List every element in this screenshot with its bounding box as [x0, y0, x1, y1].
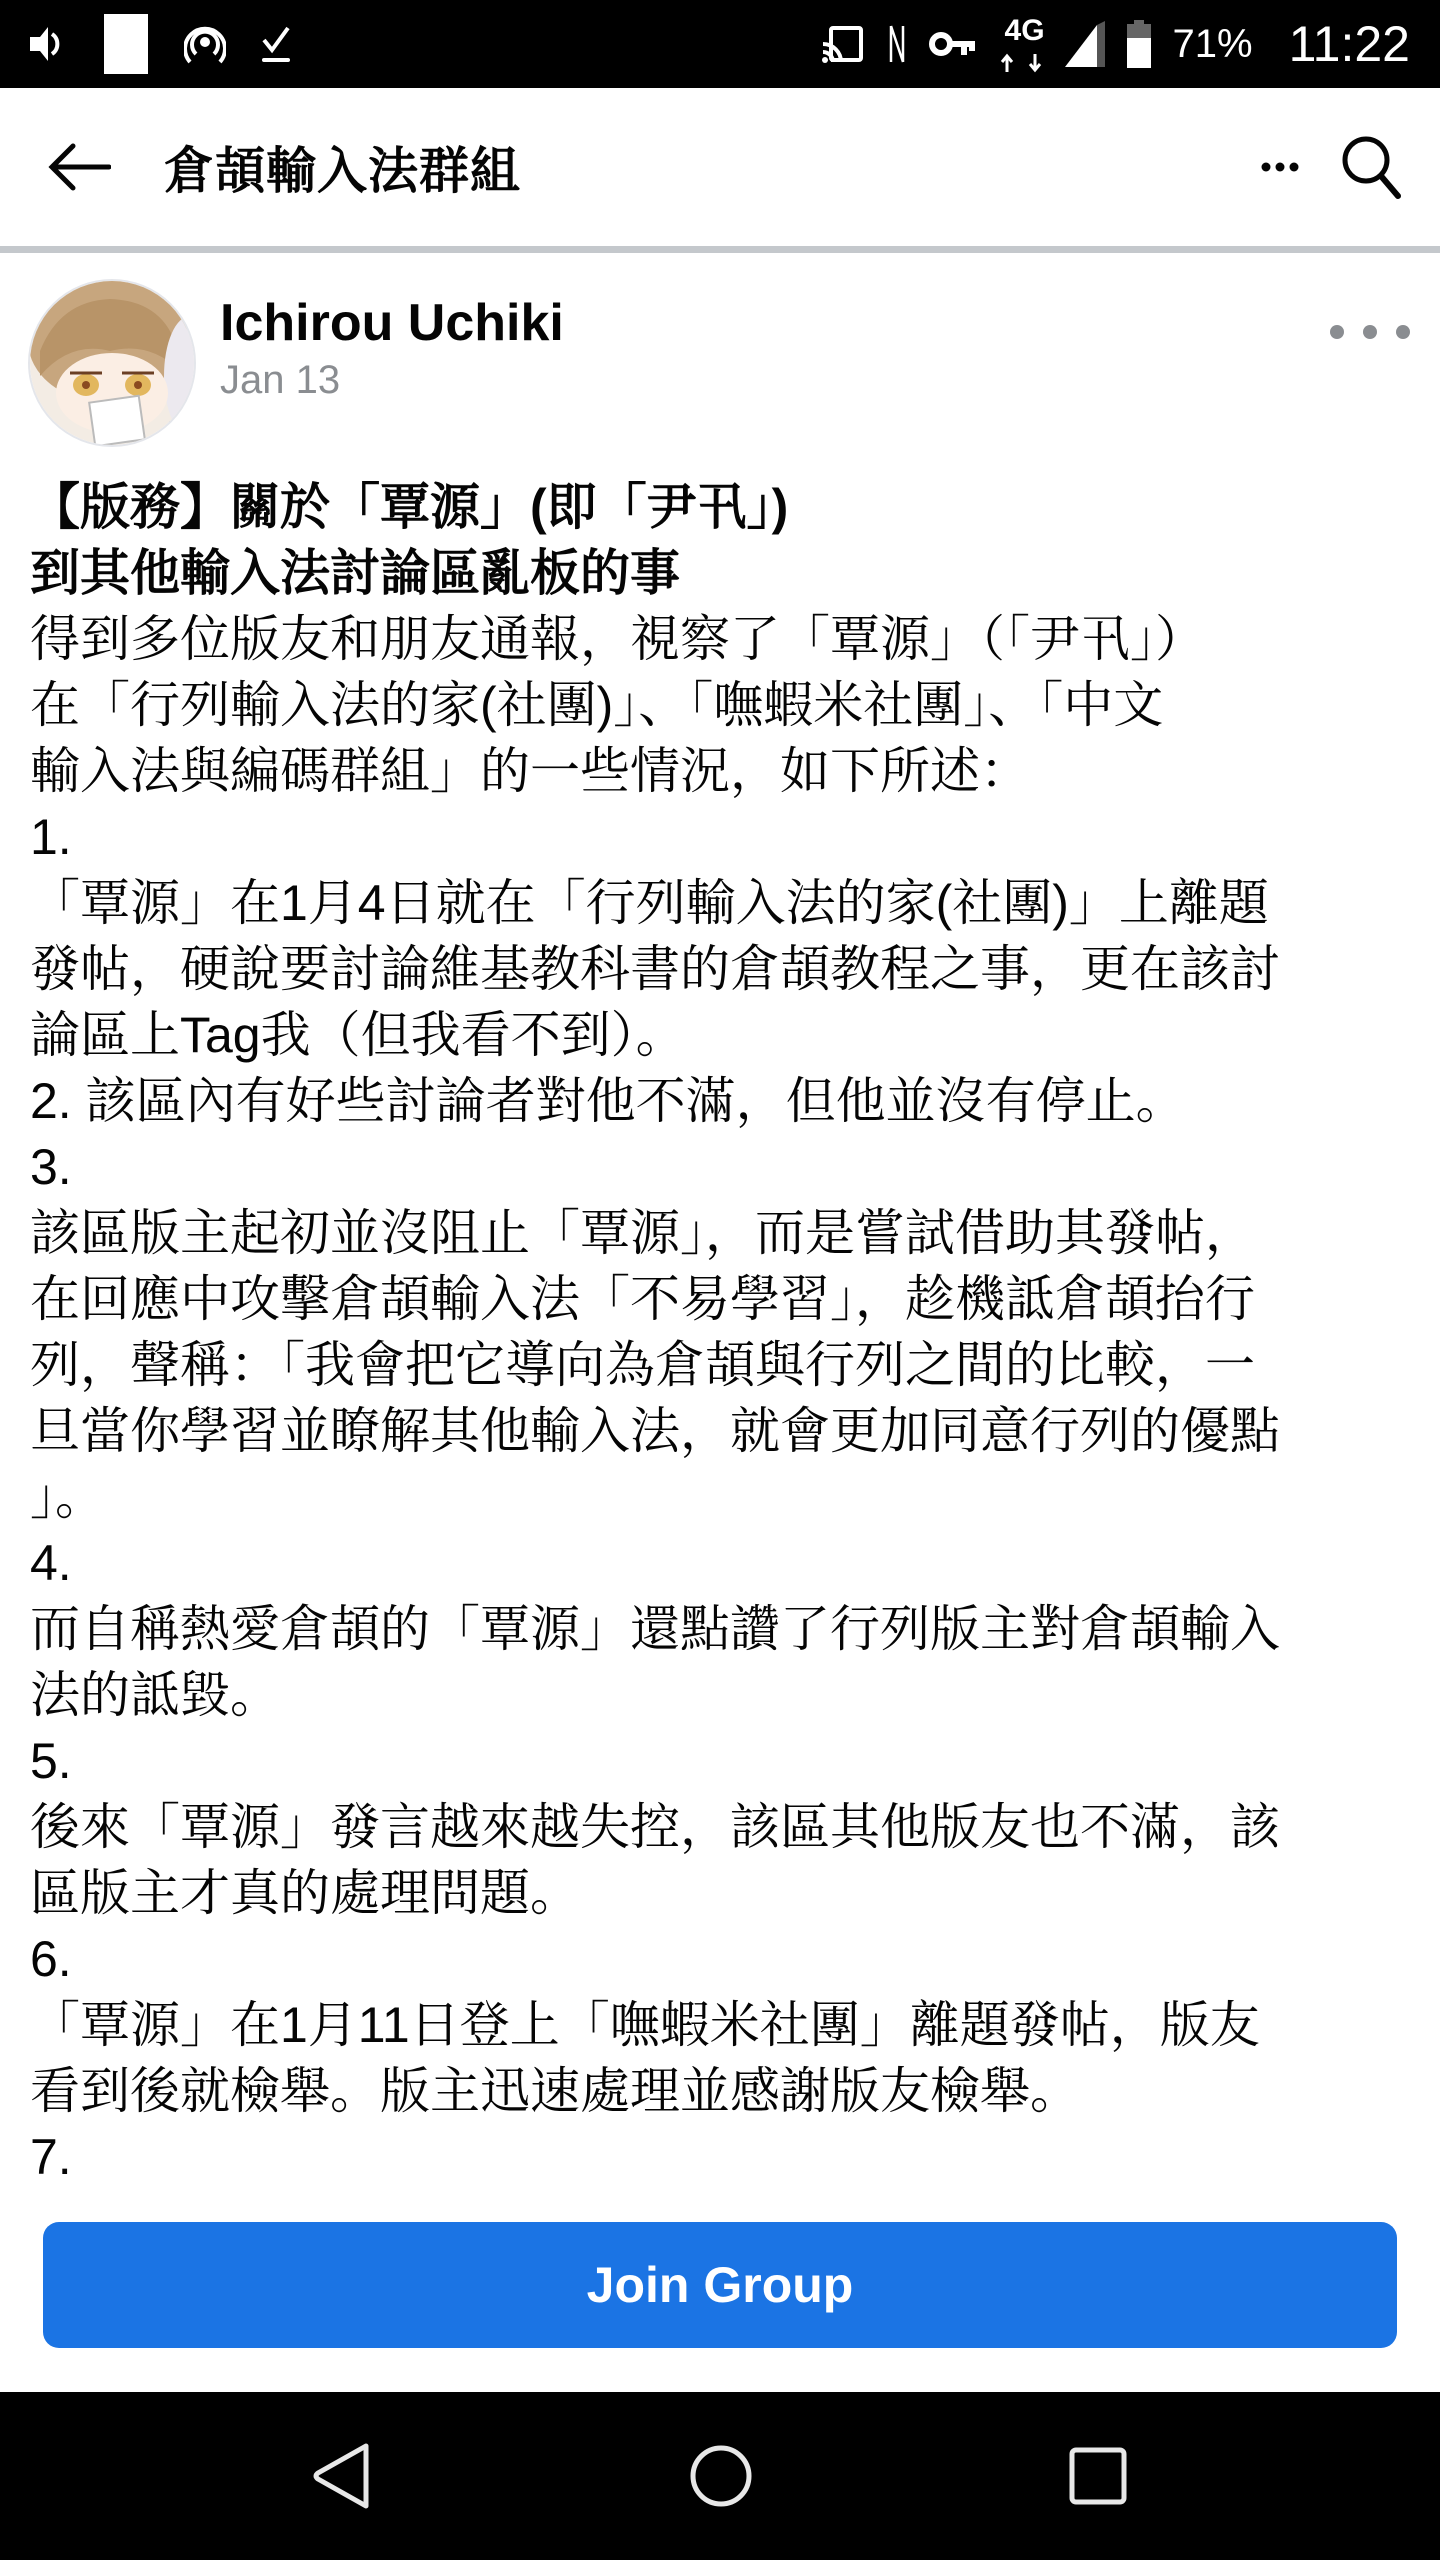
more-options-button[interactable]: [1260, 161, 1300, 173]
hotspot-icon: [184, 20, 226, 68]
post-body: 【版務】關於「覃源」(即「尹卂」) 到其他輸入法討論區亂板的事 得到多位版友和朋…: [30, 474, 1420, 2190]
network-4g-icon: 4G: [999, 14, 1043, 74]
post-text-line: 「覃源」在1月11日登上「嘸蝦米社團」離題發帖，版友: [30, 1992, 1420, 2058]
post-text-line: 區版主才真的處理問題。: [30, 1860, 1420, 1926]
author-name[interactable]: Ichirou Uchiki: [220, 293, 564, 353]
ellipsis-icon: [1260, 161, 1300, 173]
post-text-line: 後來「覃源」發言越來越失控，該區其他版友也不滿，該: [30, 1794, 1420, 1860]
status-left-icons: [0, 14, 292, 74]
post-title: 【版務】關於「覃源」(即「尹卂」) 到其他輸入法討論區亂板的事: [30, 474, 1420, 606]
post-text-line: 得到多位版友和朋友通報，視察了「覃源」（「尹卂」）: [30, 606, 1420, 672]
post-text-line: 輸入法與編碼群組」的一些情況，如下所述：: [30, 738, 1420, 804]
ellipsis-icon: [1330, 325, 1344, 339]
nav-recents-icon: [1068, 2446, 1128, 2506]
join-group-button[interactable]: Join Group: [43, 2222, 1397, 2348]
post-text-line: 4.: [30, 1530, 1420, 1596]
post-text-line: 7.: [30, 2124, 1420, 2190]
post-text-line: 在「行列輸入法的家(社團)」、「嘸蝦米社團」、「中文: [30, 672, 1420, 738]
volume-icon: [28, 21, 68, 67]
header-divider: [0, 246, 1440, 253]
back-button[interactable]: [44, 132, 114, 202]
post-text-line: 發帖，硬說要討論維基教科書的倉頡教程之事，更在該討: [30, 936, 1420, 1002]
search-button[interactable]: [1340, 134, 1402, 200]
signal-icon: [1065, 21, 1105, 67]
avatar-image: [30, 281, 196, 447]
vpn-key-icon: [929, 29, 977, 59]
post-text-line: 3.: [30, 1134, 1420, 1200]
post-text-line: 在回應中攻擊倉頡輸入法「不易學習」，趁機詆倉頡抬行: [30, 1266, 1420, 1332]
post-text: 得到多位版友和朋友通報，視察了「覃源」（「尹卂」） 在「行列輸入法的家(社團)」…: [30, 606, 1420, 2190]
post-text-line: 旦當你學習並瞭解其他輸入法，就會更加同意行列的優點: [30, 1398, 1420, 1464]
clock: 11:22: [1289, 15, 1410, 73]
arrow-left-icon: [47, 142, 111, 192]
post-text-line: 法的詆毀。: [30, 1662, 1420, 1728]
nfc-icon: [887, 22, 907, 66]
status-bar: 4G 71% 11:22: [0, 0, 1440, 88]
post-text-line: 2. 該區內有好些討論者對他不滿，但他並沒有停止。: [30, 1068, 1420, 1134]
search-icon: [1340, 134, 1402, 200]
ellipsis-dot: [1396, 325, 1410, 339]
ellipsis-dot: [1363, 325, 1377, 339]
status-right-icons: 4G 71% 11:22: [821, 14, 1440, 74]
battery-percent: 71%: [1173, 22, 1253, 67]
post-text-line: 該區版主起初並沒阻止「覃源」，而是嘗試借助其發帖，: [30, 1200, 1420, 1266]
header-actions: [1260, 134, 1440, 200]
post-text-line: 6.: [30, 1926, 1420, 1992]
post-title-line: 到其他輸入法討論區亂板的事: [30, 540, 1420, 606]
app-header: 倉頡輸入法群組: [0, 88, 1440, 246]
nav-home-icon: [688, 2443, 754, 2509]
post-date[interactable]: Jan 13: [220, 358, 340, 403]
post-options-button[interactable]: [1330, 317, 1410, 347]
post-text-line: 看到後就檢舉。版主迅速處理並感謝版友檢舉。: [30, 2058, 1420, 2124]
post-header: Ichirou Uchiki Jan 13: [0, 253, 1440, 453]
battery-icon: [1127, 20, 1151, 68]
download-complete-icon: [262, 24, 292, 64]
notification-square-icon: [104, 14, 148, 74]
group-title: 倉頡輸入法群組: [164, 131, 521, 203]
cast-icon: [821, 22, 865, 66]
nav-home-button[interactable]: [688, 2443, 754, 2509]
post-text-line: 」。: [30, 1464, 1420, 1530]
nav-recents-button[interactable]: [1068, 2446, 1128, 2506]
post-text-line: 1.: [30, 804, 1420, 870]
post-title-line: 【版務】關於「覃源」(即「尹卂」): [30, 474, 1420, 540]
post-text-line: 論區上Tag我（但我看不到）。: [30, 1002, 1420, 1068]
nav-back-icon: [310, 2441, 374, 2511]
network-type-label: 4G: [1005, 14, 1045, 48]
nav-back-button[interactable]: [310, 2441, 374, 2511]
post-text-line: 5.: [30, 1728, 1420, 1794]
system-nav-bar: [0, 2392, 1440, 2560]
post-text-line: 「覃源」在1月4日就在「行列輸入法的家(社團)」上離題: [30, 870, 1420, 936]
post-text-line: 列，聲稱：「我會把它導向為倉頡與行列之間的比較，一: [30, 1332, 1420, 1398]
post-text-line: 而自稱熱愛倉頡的「覃源」還點讚了行列版主對倉頡輸入: [30, 1596, 1420, 1662]
avatar[interactable]: [28, 279, 196, 447]
